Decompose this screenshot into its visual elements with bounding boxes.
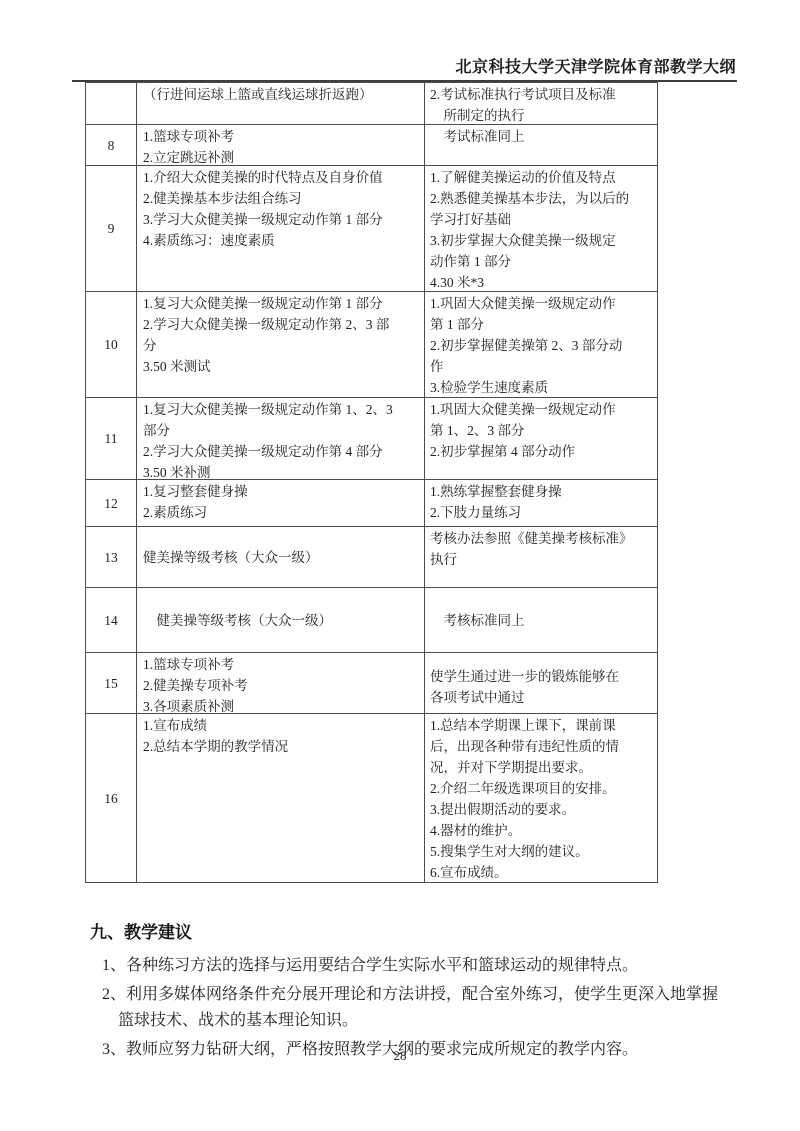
teaching-task-cell: 使学生通过进一步的锻炼能够在 各项考试中通过 xyxy=(425,653,657,713)
teaching-content-text: 1.宣布成绩 2.总结本学期的教学情况 xyxy=(143,715,420,757)
week-cell: 10 xyxy=(86,292,137,397)
teaching-task-cell: 考核办法参照《健美操考核标准》 执行 xyxy=(425,527,657,587)
table-row: 14 健美操等级考核（大众一级） 考核标准同上 xyxy=(86,588,657,653)
table-row: 10 1.复习大众健美操一级规定动作第 1 部分 2.学习大众健美操一级规定动作… xyxy=(86,292,657,398)
week-cell: 12 xyxy=(86,480,137,526)
teaching-content-cell: 1.篮球专项补考 2.健美操专项补考 3.各项素质补测 xyxy=(137,653,425,713)
week-cell: 16 xyxy=(86,714,137,882)
teaching-content-cell: 1.复习整套健身操 2.素质练习 xyxy=(137,480,425,526)
teaching-task-cell: 2.考试标准执行考试项目及标准 所制定的执行 xyxy=(425,83,657,124)
teaching-content-text: 健美操等级考核（大众一级） xyxy=(143,610,420,631)
suggestion-item: 1、各种练习方法的选择与运用要结合学生实际水平和篮球运动的规律特点。 xyxy=(102,953,740,979)
week-cell: 13 xyxy=(86,527,137,587)
teaching-task-text: 考核办法参照《健美操考核标准》 执行 xyxy=(430,528,654,570)
table-row: 15 1.篮球专项补考 2.健美操专项补考 3.各项素质补测 使学生通过进一步的… xyxy=(86,653,657,714)
week-number: 10 xyxy=(104,334,118,355)
table-row: 9 1.介绍大众健美操的时代特点及自身价值 2.健美操基本步法组合练习 3.学习… xyxy=(86,166,657,292)
week-cell: 15 xyxy=(86,653,137,713)
week-cell xyxy=(86,83,137,124)
teaching-content-text: 健美操等级考核（大众一级） xyxy=(143,547,420,568)
teaching-content-cell: 1.篮球专项补考 2.立定跳远补测 xyxy=(137,125,425,165)
teaching-task-cell: 1.总结本学期课上课下，课前课 后，出现各种带有违纪性质的情 况，并对下学期提出… xyxy=(425,714,657,882)
week-number: 13 xyxy=(104,547,118,568)
week-number: 14 xyxy=(104,610,118,631)
teaching-task-text: 1.巩固大众健美操一级规定动作 第 1 部分 2.初步掌握健美操第 2、3 部分… xyxy=(430,293,654,397)
syllabus-table: （行进间运球上篮或直线运球折返跑） 2.考试标准执行考试项目及标准 所制定的执行… xyxy=(85,82,658,883)
week-number: 15 xyxy=(104,673,118,694)
week-cell: 11 xyxy=(86,398,137,479)
week-number: 9 xyxy=(108,218,115,239)
teaching-content-cell: （行进间运球上篮或直线运球折返跑） xyxy=(137,83,425,124)
table-row: 11 1.复习大众健美操一级规定动作第 1、2、3 部分 2.学习大众健美操一级… xyxy=(86,398,657,480)
page-header-title: 北京科技大学天津学院体育部教学大纲 xyxy=(455,54,736,77)
teaching-content-cell: 1.复习大众健美操一级规定动作第 1、2、3 部分 2.学习大众健美操一级规定动… xyxy=(137,398,425,479)
teaching-task-text: 1.了解健美操运动的价值及特点 2.熟悉健美操基本步法，为以后的 学习打好基础 … xyxy=(430,167,654,291)
teaching-content-cell: 1.宣布成绩 2.总结本学期的教学情况 xyxy=(137,714,425,882)
teaching-content-cell: 健美操等级考核（大众一级） xyxy=(137,588,425,652)
section-items: 1、各种练习方法的选择与运用要结合学生实际水平和篮球运动的规律特点。 2、利用多… xyxy=(102,953,740,1063)
teaching-content-cell: 健美操等级考核（大众一级） xyxy=(137,527,425,587)
table-row: 16 1.宣布成绩 2.总结本学期的教学情况 1.总结本学期课上课下，课前课 后… xyxy=(86,714,657,882)
teaching-content-text: （行进间运球上篮或直线运球折返跑） xyxy=(143,84,420,105)
teaching-task-cell: 1.巩固大众健美操一级规定动作 第 1 部分 2.初步掌握健美操第 2、3 部分… xyxy=(425,292,657,397)
teaching-content-text: 1.介绍大众健美操的时代特点及自身价值 2.健美操基本步法组合练习 3.学习大众… xyxy=(143,167,420,251)
week-number: 16 xyxy=(104,788,118,809)
teaching-task-cell: 考试标准同上 xyxy=(425,125,657,165)
teaching-task-cell: 1.熟练掌握整套健身操 2.下肢力量练习 xyxy=(425,480,657,526)
table-row: 13 健美操等级考核（大众一级） 考核办法参照《健美操考核标准》 执行 xyxy=(86,527,657,588)
teaching-content-cell: 1.介绍大众健美操的时代特点及自身价值 2.健美操基本步法组合练习 3.学习大众… xyxy=(137,166,425,291)
week-number: 12 xyxy=(104,493,118,514)
teaching-content-text: 1.篮球专项补考 2.健美操专项补考 3.各项素质补测 xyxy=(143,654,420,713)
page-number: 28 xyxy=(0,1048,800,1064)
teaching-content-text: 1.复习大众健美操一级规定动作第 1、2、3 部分 2.学习大众健美操一级规定动… xyxy=(143,399,420,479)
table-row: 12 1.复习整套健身操 2.素质练习 1.熟练掌握整套健身操 2.下肢力量练习 xyxy=(86,480,657,527)
table-row: （行进间运球上篮或直线运球折返跑） 2.考试标准执行考试项目及标准 所制定的执行 xyxy=(86,83,657,125)
week-cell: 9 xyxy=(86,166,137,291)
teaching-task-text: 1.巩固大众健美操一级规定动作 第 1、2、3 部分 2.初步掌握第 4 部分动… xyxy=(430,399,654,462)
week-cell: 8 xyxy=(86,125,137,165)
teaching-task-cell: 1.了解健美操运动的价值及特点 2.熟悉健美操基本步法，为以后的 学习打好基础 … xyxy=(425,166,657,291)
teaching-task-text: 1.熟练掌握整套健身操 2.下肢力量练习 xyxy=(430,481,654,523)
week-number: 11 xyxy=(105,428,118,449)
teaching-suggestions-section: 九、教学建议 1、各种练习方法的选择与运用要结合学生实际水平和篮球运动的规律特点… xyxy=(90,918,740,1066)
week-number: 8 xyxy=(108,135,115,156)
teaching-task-text: 考试标准同上 xyxy=(430,126,654,147)
teaching-task-cell: 考核标准同上 xyxy=(425,588,657,652)
teaching-content-text: 1.复习整套健身操 2.素质练习 xyxy=(143,481,420,523)
teaching-content-text: 1.复习大众健美操一级规定动作第 1 部分 2.学习大众健美操一级规定动作第 2… xyxy=(143,293,420,377)
teaching-task-text: 2.考试标准执行考试项目及标准 所制定的执行 xyxy=(430,84,654,124)
teaching-task-text: 使学生通过进一步的锻炼能够在 各项考试中通过 xyxy=(430,666,654,708)
teaching-task-cell: 1.巩固大众健美操一级规定动作 第 1、2、3 部分 2.初步掌握第 4 部分动… xyxy=(425,398,657,479)
teaching-content-text: 1.篮球专项补考 2.立定跳远补测 xyxy=(143,126,420,165)
table-row: 8 1.篮球专项补考 2.立定跳远补测 考试标准同上 xyxy=(86,125,657,166)
suggestion-item: 2、利用多媒体网络条件充分展开理论和方法讲授，配合室外练习，使学生更深入地掌握 … xyxy=(102,982,740,1034)
section-heading: 九、教学建议 xyxy=(90,918,740,943)
week-cell: 14 xyxy=(86,588,137,652)
teaching-task-text: 考核标准同上 xyxy=(430,610,654,631)
teaching-task-text: 1.总结本学期课上课下，课前课 后，出现各种带有违纪性质的情 况，并对下学期提出… xyxy=(430,715,654,882)
teaching-content-cell: 1.复习大众健美操一级规定动作第 1 部分 2.学习大众健美操一级规定动作第 2… xyxy=(137,292,425,397)
